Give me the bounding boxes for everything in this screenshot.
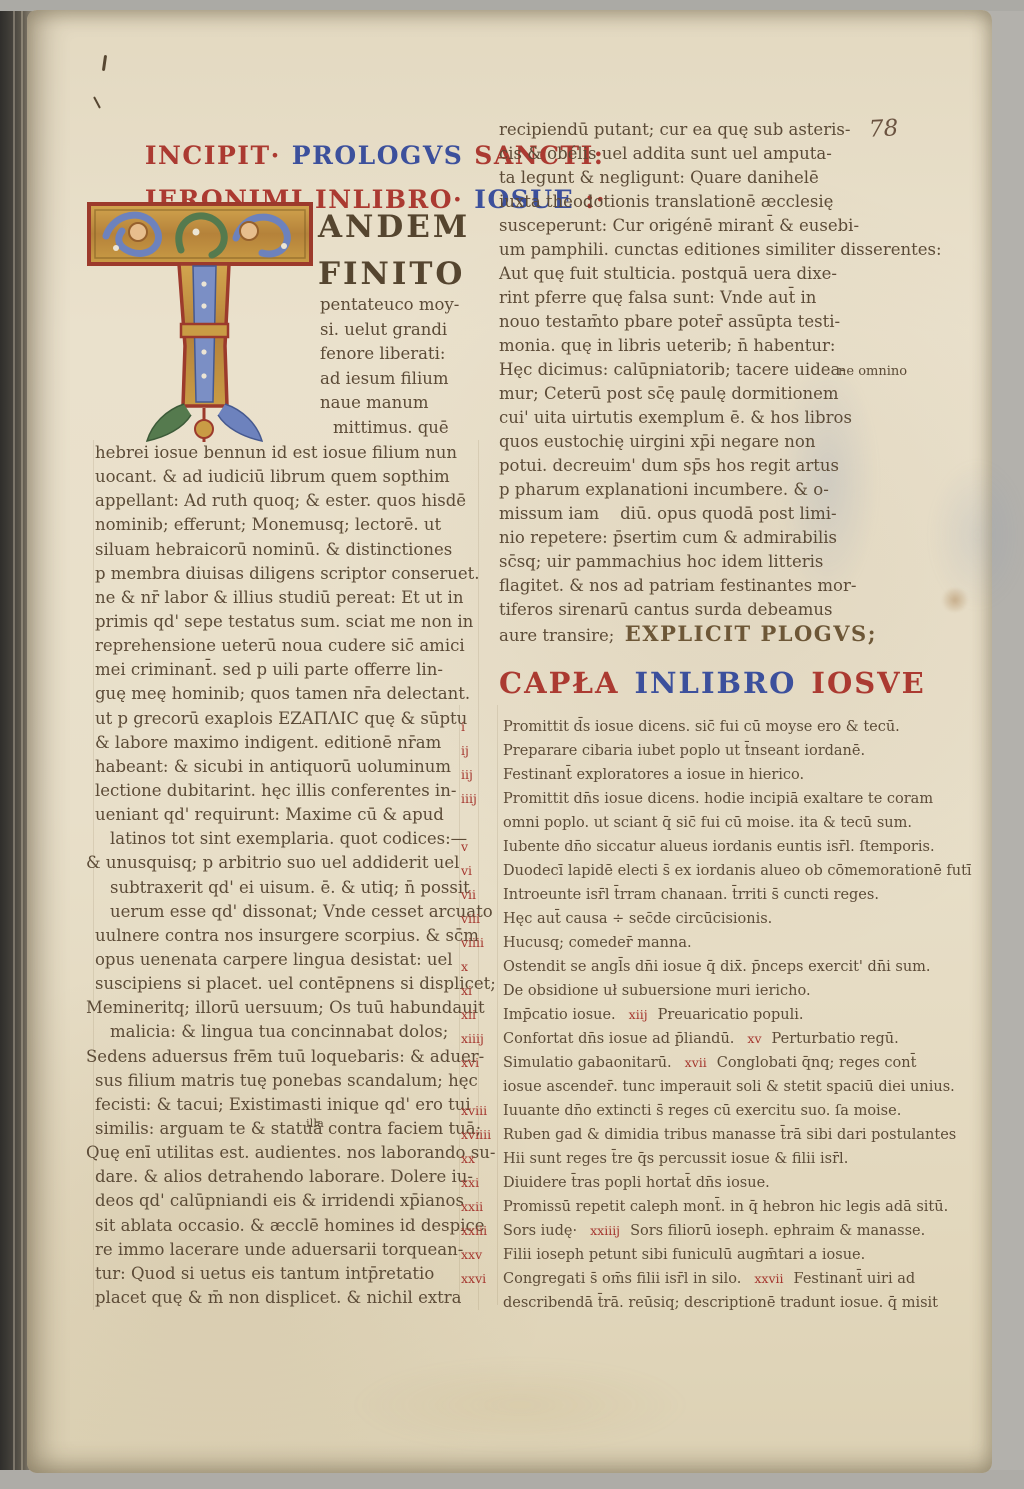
chapter-numeral: xvi [461, 1051, 503, 1075]
chapter-numeral: v [461, 835, 503, 859]
text-line: nio repetere: p̄sertim cum & admirabilis [499, 526, 942, 550]
text-line: opus uenenata carpere lingua desistat: u… [95, 948, 496, 972]
chapter-numeral: xiiij [461, 1027, 503, 1051]
chapter-numeral: xxvi [461, 1267, 503, 1291]
text-line: recipiendū putant; cur ea quę sub asteri… [499, 118, 942, 142]
capitula-heading: CAPŁAINLIBROIOSVE [499, 666, 941, 700]
chapter-numeral: xv [747, 1027, 761, 1051]
text-line: primis qd' sepe testatus sum. sciat me n… [95, 610, 496, 634]
chapter-numeral: xxvii [754, 1267, 783, 1291]
chapter-entry: Hii sunt reges t̄re q̄s percussit iosue … [503, 1151, 848, 1167]
chapter-numeral: vii [461, 883, 503, 907]
chapter-entry: Promissū repetit caleph mont̄. in q̄ heb… [503, 1199, 948, 1215]
capitula-row: vIubente dn̄o siccatur alueus iordanis e… [461, 834, 972, 858]
chapter-entry: Iuuante dn̄o extincti s̄ reges cū exerci… [503, 1103, 901, 1119]
chapter-entry: Preuaricatio populi. [658, 1007, 804, 1023]
chapter-numeral: xii [461, 1003, 503, 1027]
opening-word-large: ANDEM [318, 209, 470, 245]
text-line: latinos tot sint exemplaria. quot codice… [110, 827, 496, 851]
capitula-row: ijPreparare cibaria iubet poplo ut t̄nse… [461, 738, 972, 762]
text-line: Memineritq; illorū uersuum; Os tuū habun… [86, 996, 496, 1020]
chapter-entry: Introeunte isr̄l t̄rram chanaan. t̄rriti… [503, 887, 879, 903]
chapter-entry: Simulatio gabaonitarū. [503, 1055, 672, 1071]
text-line: sc̄sq; uir pammachius hoc idem litteris [499, 550, 942, 574]
text-line: potui. decreuim' dum sp̄s hos regit artu… [499, 454, 942, 478]
capitula-row: xxiDiuidere t̄ras popli hortat̄ dn̄s ios… [461, 1170, 972, 1194]
chapter-numeral: ij [461, 739, 503, 763]
text-line: hebrei iosue bennun id est iosue filium … [95, 441, 496, 465]
text-line: missum iam diū. opus quodā post limi- [499, 502, 942, 526]
text-line: naue manum [320, 391, 459, 416]
chapter-numeral: xvii [685, 1051, 707, 1075]
chapter-numeral: xviiii [461, 1123, 503, 1147]
text-line: uulnere contra nos insurgere scorpius. &… [95, 924, 496, 948]
capitula-row: iosue ascender̄. tunc imperauit soli & s… [461, 1074, 972, 1098]
text-line: rint pferre quę falsa sunt: Vnde aut̄ in [499, 286, 942, 310]
chapter-entry: De obsidione uł subuersione muri iericho… [503, 983, 811, 999]
capitula-row: describendā t̄rā. reūsiq; descriptionē t… [461, 1290, 972, 1314]
chapter-entry: Promittit dn̄s iosue dicens. hodie incip… [503, 791, 933, 807]
chapter-entry: Hucusq; comeder̄ manna. [503, 935, 692, 951]
prologue-right-column: recipiendū putant; cur ea quę sub asteri… [499, 118, 942, 646]
text-line: fenore liberati: [320, 342, 459, 367]
chapter-entry: Festinant̄ uiri ad [794, 1271, 916, 1287]
capitula-row: xviiiiRuben gad & dimidia tribus manasse… [461, 1122, 972, 1146]
text-line: tur: Quod si uetus eis tantum intp̄retat… [95, 1262, 496, 1286]
text-line: subtraxerit qd' ei uisum. ē. & utiq; n̄ … [110, 876, 496, 900]
text-line: p membra diuisas diligens scriptor conse… [95, 562, 496, 586]
chapter-numeral: xxi [461, 1171, 503, 1195]
chapter-entry: Confortat dn̄s iosue ad p̄liandū. [503, 1031, 734, 1047]
capitula-list: iPromittit d̄s iosue dicens. sic̄ fui cū… [461, 714, 972, 1314]
text-line: placet quę & m̄ non displicet. & nichil … [95, 1286, 496, 1310]
text-line: siluam hebraicorū nominū. & distinctione… [95, 538, 496, 562]
chapter-numeral: viii [461, 907, 503, 931]
chapter-numeral: xxiiij [590, 1219, 620, 1243]
text-line: p pharum explanationi incumbere. & o- [499, 478, 942, 502]
text-line: Quę enī utilitas est. audientes. nos lab… [86, 1141, 496, 1165]
chapter-entry: iosue ascender̄. tunc imperauit soli & s… [503, 1079, 955, 1095]
chapter-entry: Sors iudę· [503, 1223, 577, 1239]
text-line: fecisti: & tacui; Existimasti inique qd'… [95, 1093, 496, 1117]
text-line: susceperunt: Cur origénē mirant̄ & euseb… [499, 214, 942, 238]
text-line: dare. & alios detrahendo laborare. Doler… [95, 1165, 496, 1189]
page-edge-line [21, 6, 23, 1482]
chapter-entry: Promittit d̄s iosue dicens. sic̄ fui cū … [503, 719, 900, 735]
heading-word: CAPŁA [499, 666, 619, 700]
text-line: um pamphili. cunctas editiones similiter… [499, 238, 942, 262]
chapter-entry: Diuidere t̄ras popli hortat̄ dn̄s iosue. [503, 1175, 770, 1191]
chapter-numeral: iiij [461, 787, 503, 811]
text-line: cui' uita uirtutis exemplum ē. & hos lib… [499, 406, 942, 430]
text-line: quos eustochię uirgini xp̄i negare non [499, 430, 942, 454]
capitula-row: viiiiHucusq; comeder̄ manna. [461, 930, 972, 954]
capitula-row: xxHii sunt reges t̄re q̄s percussit iosu… [461, 1146, 972, 1170]
capitula-row: xiiijConfortat dn̄s iosue ad p̄liandū.xv… [461, 1026, 972, 1050]
text-line: reprehensione ueterū noua cudere sic̄ am… [95, 634, 496, 658]
text-line: similis: arguam te & statuā contra facie… [95, 1117, 496, 1141]
text-line: si. uelut grandi [320, 318, 459, 343]
chapter-numeral: xx [461, 1147, 503, 1171]
chapter-entry: describendā t̄rā. reūsiq; descriptionē t… [503, 1295, 938, 1311]
text-line: habeant: & sicubi in antiquorū uoluminum [95, 755, 496, 779]
text-line: re immo lacerare unde aduersarii torquea… [95, 1238, 496, 1262]
capitula-row: iiijPromittit dn̄s iosue dicens. hodie i… [461, 786, 972, 810]
text-line: ueniant qd' requirunt: Maxime cū & apud [95, 803, 496, 827]
capitula-row: viiIntroeunte isr̄l t̄rram chanaan. t̄rr… [461, 882, 972, 906]
chapter-entry: Festinant̄ exploratores a iosue in hieri… [503, 767, 804, 783]
capitula-row: xiiImp̄catio iosue.xiijPreuaricatio popu… [461, 1002, 972, 1026]
capitula-row: viDuodecī lapidē electi s̄ ex iordanis a… [461, 858, 972, 882]
capitula-row: xxiiPromissū repetit caleph mont̄. in q̄… [461, 1194, 972, 1218]
text-line: & unusquisq; p arbitrio suo uel addideri… [86, 851, 496, 875]
chapter-entry: Congregati s̄ om̄s filii isr̄l in silo. [503, 1271, 741, 1287]
text-line: uerum esse qd' dissonat; Vnde cesset arc… [110, 900, 496, 924]
text-line: ut p grecorū exaplois EZAΠΛIC quę & sūpt… [95, 707, 496, 731]
text-line: uocant. & ad iudiciū librum quem sopthim [95, 465, 496, 489]
capitula-row: xxviCongregati s̄ om̄s filii isr̄l in si… [461, 1266, 972, 1290]
chapter-numeral: xi [461, 979, 503, 1003]
text-line: monia. quę in libris ueterib; n̄ habentu… [499, 334, 942, 358]
text-line: mittimus. quē [333, 416, 459, 441]
text-line: ad iesum filium [320, 367, 459, 392]
text-line: deos qd' calūpniandi eis & irridendi xp̄… [95, 1189, 496, 1213]
text-line: Aut quę fuit stulticia. postquā uera dix… [499, 262, 942, 286]
chapter-entry: Duodecī lapidē electi s̄ ex iordanis alu… [503, 863, 972, 879]
text-line: aure transire; EXPLICIT PLOGVS; [499, 622, 942, 646]
chapter-entry: Ruben gad & dimidia tribus manasse t̄rā … [503, 1127, 956, 1143]
opening-word-large: FINITO [318, 256, 465, 292]
chapter-entry: Filii ioseph petunt sibi funiculū augm̄t… [503, 1247, 865, 1263]
capitula-row: iPromittit d̄s iosue dicens. sic̄ fui cū… [461, 714, 972, 738]
text-line: pentateuco moy- [320, 293, 459, 318]
chapter-entry: Conglobati q̄nq; reges cont̄ [717, 1055, 917, 1071]
text-line: nominib; efferunt; Monemusq; lectorē. ut [95, 513, 496, 537]
capitula-row: xxvFilii ioseph petunt sibi funiculū aug… [461, 1242, 972, 1266]
chapter-numeral: x [461, 955, 503, 979]
capitula-row: xOstendit se angl̄s dn̄i iosue q̄ dix̄. … [461, 954, 972, 978]
capitula-row: xiDe obsidione uł subuersione muri ieric… [461, 978, 972, 1002]
capitula-row: xviiiIuuante dn̄o extincti s̄ reges cū e… [461, 1098, 972, 1122]
chapter-entry: Iubente dn̄o siccatur alueus iordanis eu… [503, 839, 935, 855]
chapter-entry: Imp̄catio iosue. [503, 1007, 616, 1023]
chapter-entry: Perturbatio regū. [772, 1031, 899, 1047]
chapter-numeral: i [461, 715, 503, 739]
chapter-entry: Hęc aut̄ causa ÷ sec̄de circūcisionis. [503, 911, 772, 927]
text-line: iuxta theodotionis translationē æcclesię [499, 190, 942, 214]
capitula-row: xxiiiSors iudę·xxiiijSors filiorū ioseph… [461, 1218, 972, 1242]
chapter-numeral: vi [461, 859, 503, 883]
illuminated-initial-T [86, 196, 318, 448]
text-line: mei criminant̄. sed p uili parte offerre… [95, 658, 496, 682]
chapter-numeral: xxiii [461, 1219, 503, 1243]
text-line: Sedens aduersus frēm tuū loquebaris: & a… [86, 1045, 496, 1069]
page-edge-line [13, 6, 15, 1482]
chapter-numeral: xviii [461, 1099, 503, 1123]
text-line: sus filium matris tuę ponebas scandalum;… [95, 1069, 496, 1093]
chapter-entry: Sors filiorū ioseph. ephraim & manasse. [630, 1223, 925, 1239]
capitula-row: xviSimulatio gabaonitarū.xviiConglobati … [461, 1050, 972, 1074]
prologue-left-column: hebrei iosue bennun id est iosue filium … [95, 441, 496, 1310]
text-line: cis & obélis uel addita sunt uel amputa- [499, 142, 942, 166]
chapter-entry: Preparare cibaria iubet poplo ut t̄nsean… [503, 743, 865, 759]
text-line: suscipiens si placet. uel contēpnens si … [95, 972, 496, 996]
text-line: tiferos sirenarū cantus surda debeamus [499, 598, 942, 622]
chapter-numeral: xxii [461, 1195, 503, 1219]
opening-lines: pentateuco moy- si. uelut grandi fenore … [320, 293, 459, 441]
manuscript-photo: 78 INCIPIT·PROLOGVSSANCTI: IERONIMIINLIB… [0, 0, 1024, 1489]
capitula-row: viiiHęc aut̄ causa ÷ sec̄de circūcisioni… [461, 906, 972, 930]
text-line: guę meę hominib; quos tamen nr̄a delecta… [95, 682, 496, 706]
closing-words: aure transire; [499, 626, 625, 645]
chapter-entry: omni poplo. ut sciant q̄ sic̄ fui cū moi… [503, 815, 912, 831]
text-line: malicia: & lingua tua concinnabat dolos; [110, 1020, 496, 1044]
text-line: & labore maximo indigent. editionē nr̄am [95, 731, 496, 755]
text-line: lectione dubitarint. hęc illis conferent… [95, 779, 496, 803]
explicit-prologue: EXPLICIT PLOGVS; [625, 621, 877, 646]
chapter-numeral: viiii [461, 931, 503, 955]
heading-word: IOSVE [811, 666, 925, 700]
text-line: ne & nr̄ labor & illius studiū pereat: E… [95, 586, 496, 610]
capitula-row: omni poplo. ut sciant q̄ sic̄ fui cū moi… [461, 810, 972, 834]
chapter-numeral: xxv [461, 1243, 503, 1267]
interlinear-correction: illa [306, 1116, 324, 1130]
text-line: appellant: Ad ruth quoq; & ester. quos h… [95, 489, 496, 513]
heading-word: INLIBRO [634, 666, 796, 700]
chapter-numeral: iij [461, 763, 503, 787]
margin-note: ne omnino [838, 364, 907, 379]
text-line: mur; Ceterū post sc̄ę paulę dormitionem [499, 382, 942, 406]
capitula-row: iijFestinant̄ exploratores a iosue in hi… [461, 762, 972, 786]
chapter-entry: Ostendit se angl̄s dn̄i iosue q̄ dix̄. p… [503, 959, 931, 975]
text-line: sit ablata occasio. & æcclē homines id d… [95, 1214, 496, 1238]
chapter-numeral: xiij [629, 1003, 648, 1027]
text-line: nouo testam̄to pbare poter̄ assūpta test… [499, 310, 942, 334]
text-line: flagitet. & nos ad patriam festinantes m… [499, 574, 942, 598]
text-line: ta legunt & negligunt: Quare danihelē [499, 166, 942, 190]
